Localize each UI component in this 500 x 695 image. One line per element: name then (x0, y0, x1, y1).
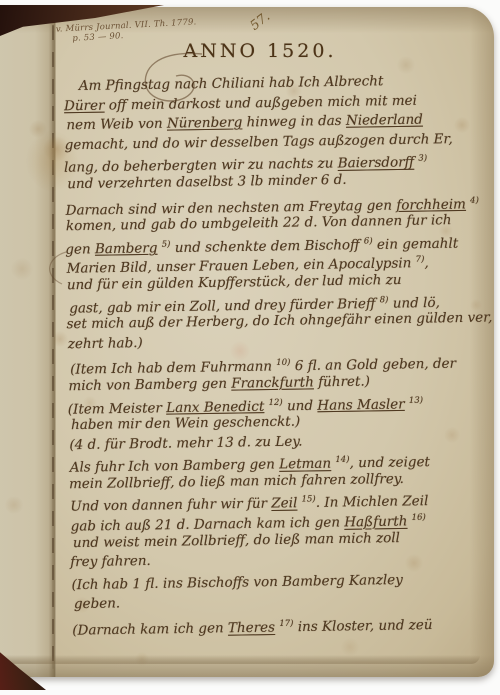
page-heading: ANNO 1520. (10, 40, 500, 62)
manuscript-text: Am Pfingstag nach Chiliani hab Ich Albre… (50, 71, 495, 638)
manuscript-photo: v. Mürrs Journal. VII. Th. 1779. p. 53 —… (0, 0, 500, 695)
page-gutter (0, 7, 56, 677)
under-leaf-edge (2, 655, 480, 664)
